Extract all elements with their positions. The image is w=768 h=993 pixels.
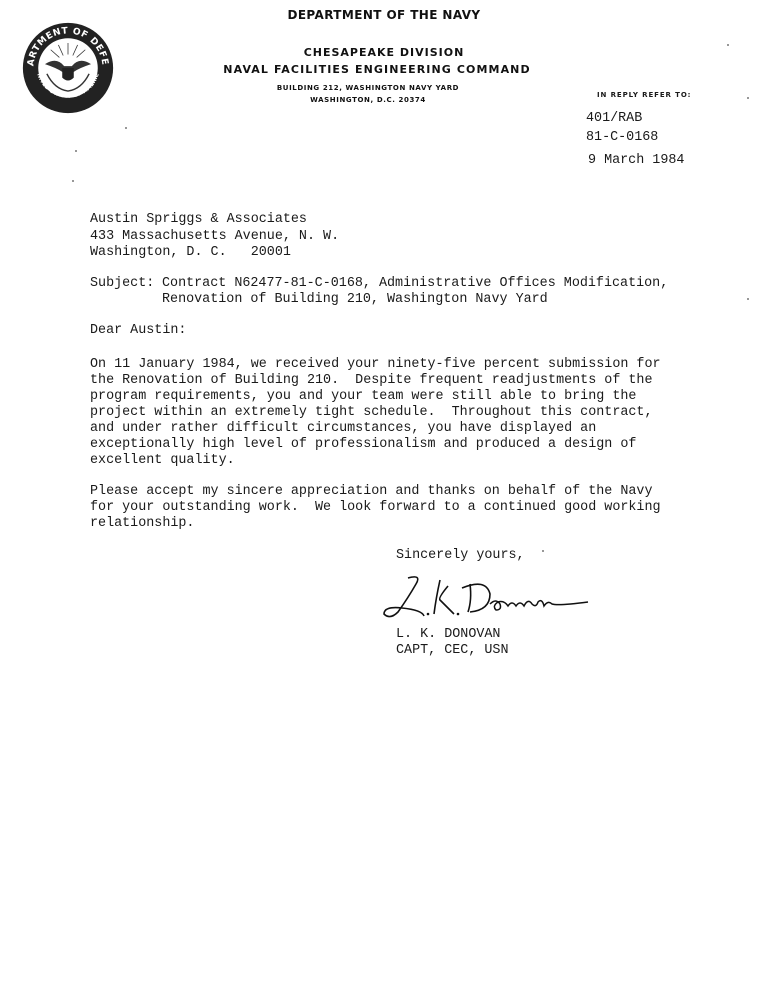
- signatory-title: CAPT, CEC, USN: [396, 643, 509, 659]
- body-line: program requirements, you and your team …: [90, 389, 636, 405]
- letterhead-department: DEPARTMENT OF THE NAVY: [0, 8, 768, 22]
- reference-code-1: 401/RAB: [586, 111, 642, 127]
- complimentary-close: Sincerely yours,: [396, 548, 525, 564]
- scan-speck: [747, 298, 749, 300]
- scan-speck: [75, 150, 77, 152]
- addressee-street: 433 Massachusetts Avenue, N. W.: [90, 229, 339, 245]
- subject-label: Subject:: [90, 276, 154, 292]
- body-line: On 11 January 1984, we received your nin…: [90, 357, 661, 373]
- signatory-name: L. K. DONOVAN: [396, 627, 500, 643]
- body-line: exceptionally high level of professional…: [90, 437, 636, 453]
- subject-line-2: Renovation of Building 210, Washington N…: [162, 292, 548, 308]
- scan-speck: [125, 127, 127, 129]
- addressee-name: Austin Spriggs & Associates: [90, 212, 307, 228]
- body-line: project within an extremely tight schedu…: [90, 405, 653, 421]
- scan-speck: [747, 97, 749, 99]
- body-line: the Renovation of Building 210. Despite …: [90, 373, 653, 389]
- letter-date: 9 March 1984: [588, 153, 684, 169]
- handwritten-signature-icon: [378, 572, 593, 624]
- addressee-city: Washington, D. C. 20001: [90, 245, 291, 261]
- letterhead-division: CHESAPEAKE DIVISION: [0, 46, 768, 59]
- reference-code-2: 81-C-0168: [586, 130, 658, 146]
- reply-refer-label: IN REPLY REFER TO:: [597, 91, 691, 99]
- body-line: excellent quality.: [90, 453, 235, 469]
- body-line: and under rather difficult circumstances…: [90, 421, 596, 437]
- letterhead-command: NAVAL FACILITIES ENGINEERING COMMAND: [0, 63, 761, 76]
- body-line: relationship.: [90, 516, 194, 532]
- body-line: for your outstanding work. We look forwa…: [90, 500, 661, 516]
- subject-line-1: Contract N62477-81-C-0168, Administrativ…: [162, 276, 668, 292]
- salutation: Dear Austin:: [90, 323, 186, 339]
- body-line: Please accept my sincere appreciation an…: [90, 484, 653, 500]
- scan-speck: [72, 180, 74, 182]
- scan-speck: [727, 44, 729, 46]
- scan-speck: [542, 550, 544, 552]
